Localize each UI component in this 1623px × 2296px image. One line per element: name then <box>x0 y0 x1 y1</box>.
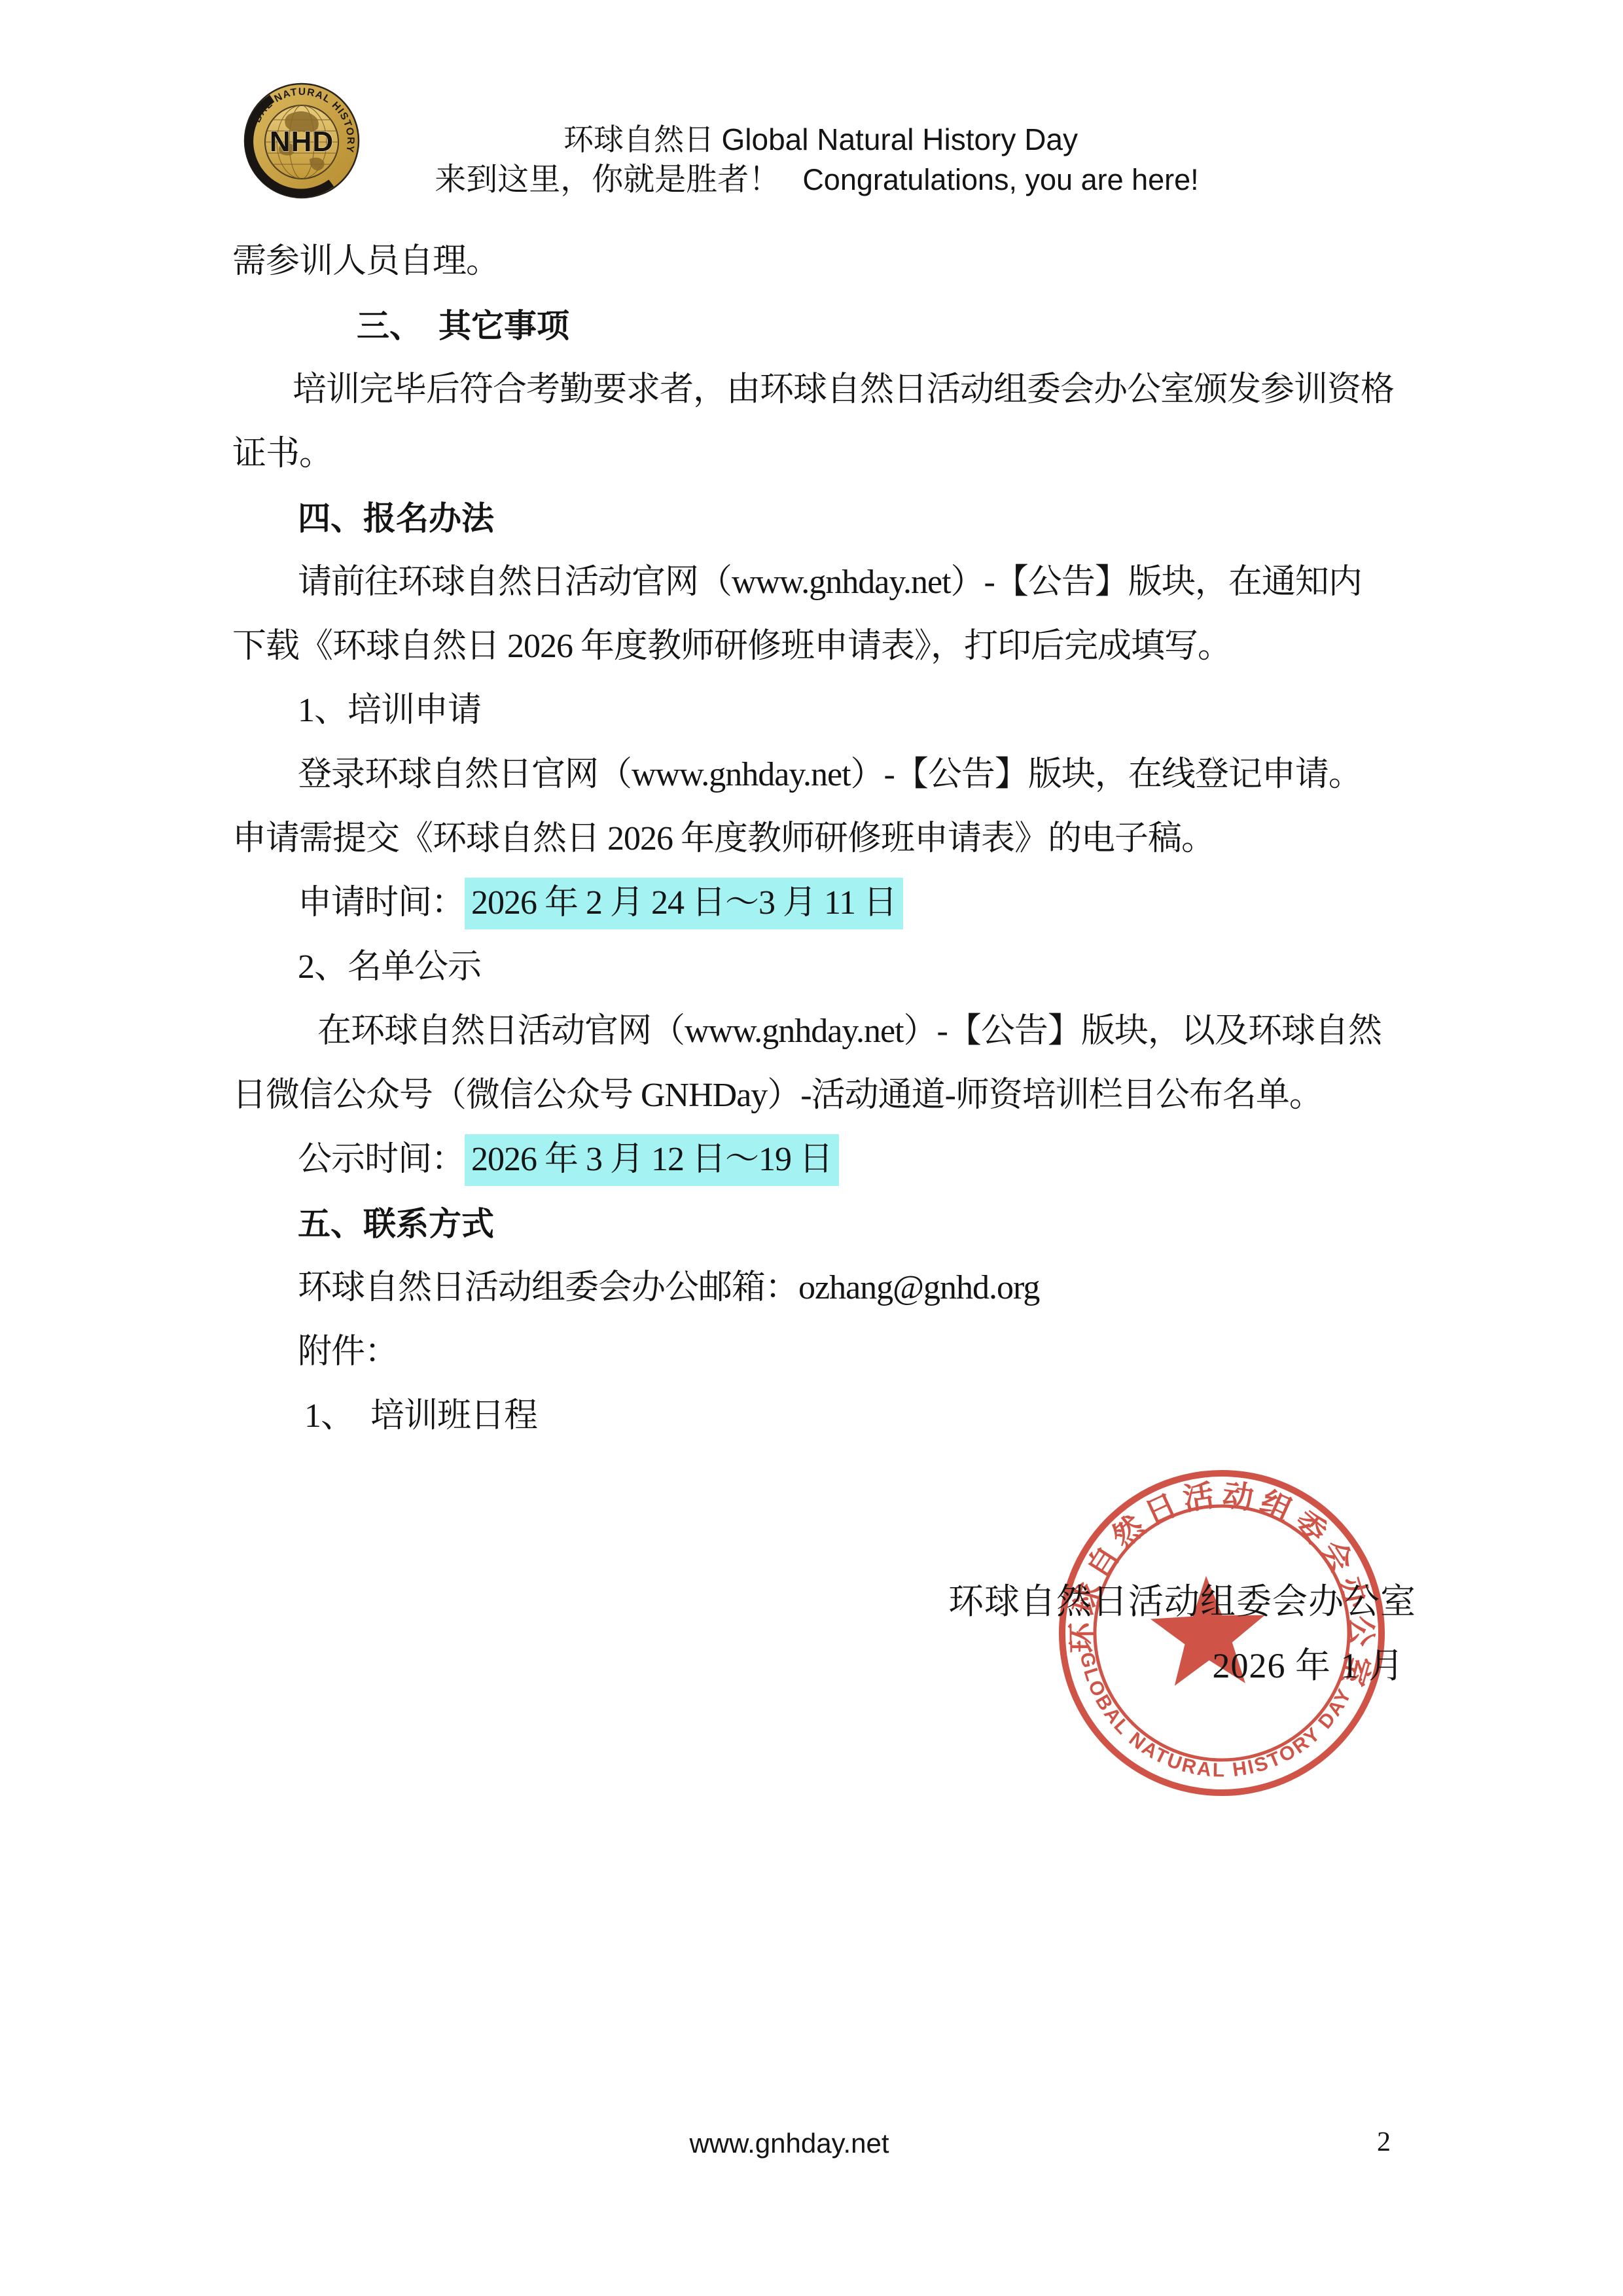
body-line: 1、 培训班日程 <box>232 1384 1404 1448</box>
body-line: 公示时间：2026 年 3 月 12 日～19 日 <box>232 1128 1404 1192</box>
body-lines: 需参训人员自理。三、 其它事项培训完毕后符合考勤要求者，由环球自然日活动组委会办… <box>232 230 1404 1448</box>
body-line: 日微信公众号（微信公众号 GNHDay）-活动通道-师资培训栏目公布名单。 <box>232 1064 1404 1128</box>
text-segment: 五、联系方式 <box>298 1206 494 1242</box>
body-heading-line: 四、报名办法 <box>232 486 1404 550</box>
signature-date-line: 2026 年 1 月 <box>948 1634 1404 1698</box>
text-segment: 需参训人员自理。 <box>232 243 499 280</box>
text-segment: 三、 其它事项 <box>357 308 569 344</box>
text-segment: 申请时间： <box>298 884 465 922</box>
text-segment: 1、培训申请 <box>298 692 481 729</box>
text-segment: 登录环球自然日官网（www.gnhday.net）-【公告】版块，在线登记申请。 <box>298 756 1362 793</box>
text-segment: 在环球自然日活动官网（www.gnhday.net）-【公告】版块，以及环球自然 <box>317 1013 1382 1050</box>
body-line: 证书。 <box>232 422 1404 486</box>
body-line: 申请时间：2026 年 2 月 24 日～3 月 11 日 <box>232 871 1404 935</box>
body-line: 2、名单公示 <box>232 935 1404 999</box>
body-line: 附件： <box>232 1320 1404 1384</box>
body-line: 需参训人员自理。 <box>232 230 1404 294</box>
body-line: 下载《环球自然日 2026 年度教师研修班申请表》，打印后完成填写。 <box>232 615 1404 679</box>
text-segment: 公示时间： <box>298 1141 465 1178</box>
highlighted-date: 2026 年 2 月 24 日～3 月 11 日 <box>465 878 903 929</box>
body-line: 在环球自然日活动官网（www.gnhday.net）-【公告】版块，以及环球自然 <box>232 999 1404 1064</box>
title-zh: 环球自然日 <box>563 123 714 156</box>
body-line: 培训完毕后符合考勤要求者，由环球自然日活动组委会办公室颁发参训资格 <box>232 358 1404 422</box>
body-heading-line: 三、 其它事项 <box>232 294 1404 358</box>
body-heading-line: 五、联系方式 <box>232 1192 1404 1256</box>
document-subtitle: 来到这里，你就是胜者！Congratulations, you are here… <box>5 161 1623 199</box>
text-segment: 证书。 <box>232 435 332 473</box>
text-segment: 请前往环球自然日活动官网（www.gnhday.net）-【公告】版块，在通知内 <box>298 564 1362 601</box>
body-line: 请前往环球自然日活动官网（www.gnhday.net）-【公告】版块，在通知内 <box>232 550 1404 615</box>
highlighted-date: 2026 年 3 月 12 日～19 日 <box>465 1134 839 1186</box>
body-line: 登录环球自然日官网（www.gnhday.net）-【公告】版块，在线登记申请。 <box>232 743 1404 807</box>
text-segment: 1、 培训班日程 <box>304 1397 537 1435</box>
signature-office-line: 环球自然日活动组委会办公室 <box>948 1570 1416 1634</box>
document-page: GLOBAL NATURAL HISTORY DAY NHD 环球自然日 Glo… <box>0 0 1623 2296</box>
body-line: 1、培训申请 <box>232 679 1404 743</box>
text-segment: 四、报名办法 <box>298 500 494 537</box>
body-line: 申请需提交《环球自然日 2026 年度教师研修班申请表》的电子稿。 <box>232 807 1404 871</box>
title-en: Global Natural History Day <box>721 122 1078 156</box>
text-segment: 2、名单公示 <box>298 948 481 986</box>
page-number: 2 <box>1377 2126 1391 2159</box>
subtitle-zh: 来到这里，你就是胜者！ <box>435 162 780 197</box>
text-segment: 日微信公众号（微信公众号 GNHDay）-活动通道-师资培训栏目公布名单。 <box>232 1077 1323 1114</box>
subtitle-en: Congratulations, you are here! <box>802 163 1198 196</box>
document-title: 环球自然日 Global Natural History Day <box>9 122 1623 158</box>
body-line: 环球自然日活动组委会办公邮箱：ozhang@gnhd.org <box>232 1256 1404 1320</box>
signature-block: 环球自然日活动组委会办公室 2026 年 1 月 <box>948 1570 1416 1698</box>
text-segment: 申请需提交《环球自然日 2026 年度教师研修班申请表》的电子稿。 <box>232 820 1215 857</box>
text-segment: 环球自然日活动组委会办公邮箱：ozhang@gnhd.org <box>298 1269 1039 1306</box>
text-segment: 培训完毕后符合考勤要求者，由环球自然日活动组委会办公室颁发参训资格 <box>293 371 1394 408</box>
footer-url: www.gnhday.net <box>0 2127 1601 2160</box>
text-segment: 附件： <box>298 1333 398 1371</box>
text-segment: 下载《环球自然日 2026 年度教师研修班申请表》，打印后完成填写。 <box>232 628 1231 665</box>
